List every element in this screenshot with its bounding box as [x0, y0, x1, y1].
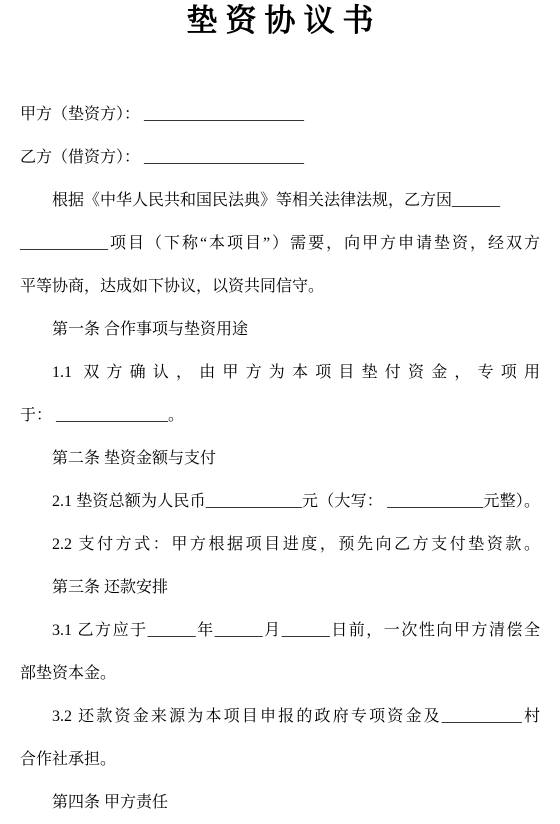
preamble-line-2: ___________项目（下称“本项目”）需要，向甲方申请垫资，经双方	[20, 222, 540, 265]
clause-1-1-line-1: 1.1 双方确认，由甲方为本项目垫付资金，专项用	[20, 351, 540, 394]
party-a-line: 甲方（垫资方）： ____________________	[20, 93, 540, 136]
clause-3-1-line-1: 3.1 乙方应于______年______月______日前，一次性向甲方清偿全	[20, 609, 540, 652]
section-4-heading: 第四条 甲方责任	[20, 781, 540, 824]
section-3-heading: 第三条 还款安排	[20, 566, 540, 609]
document-body: 甲方（垫资方）： ____________________ 乙方（借资方）： _…	[20, 93, 540, 824]
party-b-line: 乙方（借资方）： ____________________	[20, 136, 540, 179]
clause-3-1-line-2: 部垫资本金。	[20, 652, 540, 695]
clause-1-1-line-2: 于： ______________。	[20, 394, 540, 437]
section-1-heading: 第一条 合作事项与垫资用途	[20, 308, 540, 351]
clause-2-2-line: 2.2 支付方式：甲方根据项目进度，预先向乙方支付垫资款。	[20, 523, 540, 566]
clause-3-2-line-1: 3.2 还款资金来源为本项目申报的政府专项资金及__________村	[20, 695, 540, 738]
preamble-line-3: 平等协商，达成如下协议，以资共同信守。	[20, 265, 540, 308]
clause-2-1-line: 2.1 垫资总额为人民币____________元（大写： __________…	[20, 480, 540, 523]
clause-3-2-line-2: 合作社承担。	[20, 738, 540, 781]
document-title: 垫资协议书	[0, 0, 560, 42]
contract-page: 垫资协议书 甲方（垫资方）： ____________________ 乙方（借…	[0, 0, 560, 824]
preamble-line-1: 根据《中华人民共和国民法典》等相关法律法规，乙方因______	[20, 179, 540, 222]
section-2-heading: 第二条 垫资金额与支付	[20, 437, 540, 480]
